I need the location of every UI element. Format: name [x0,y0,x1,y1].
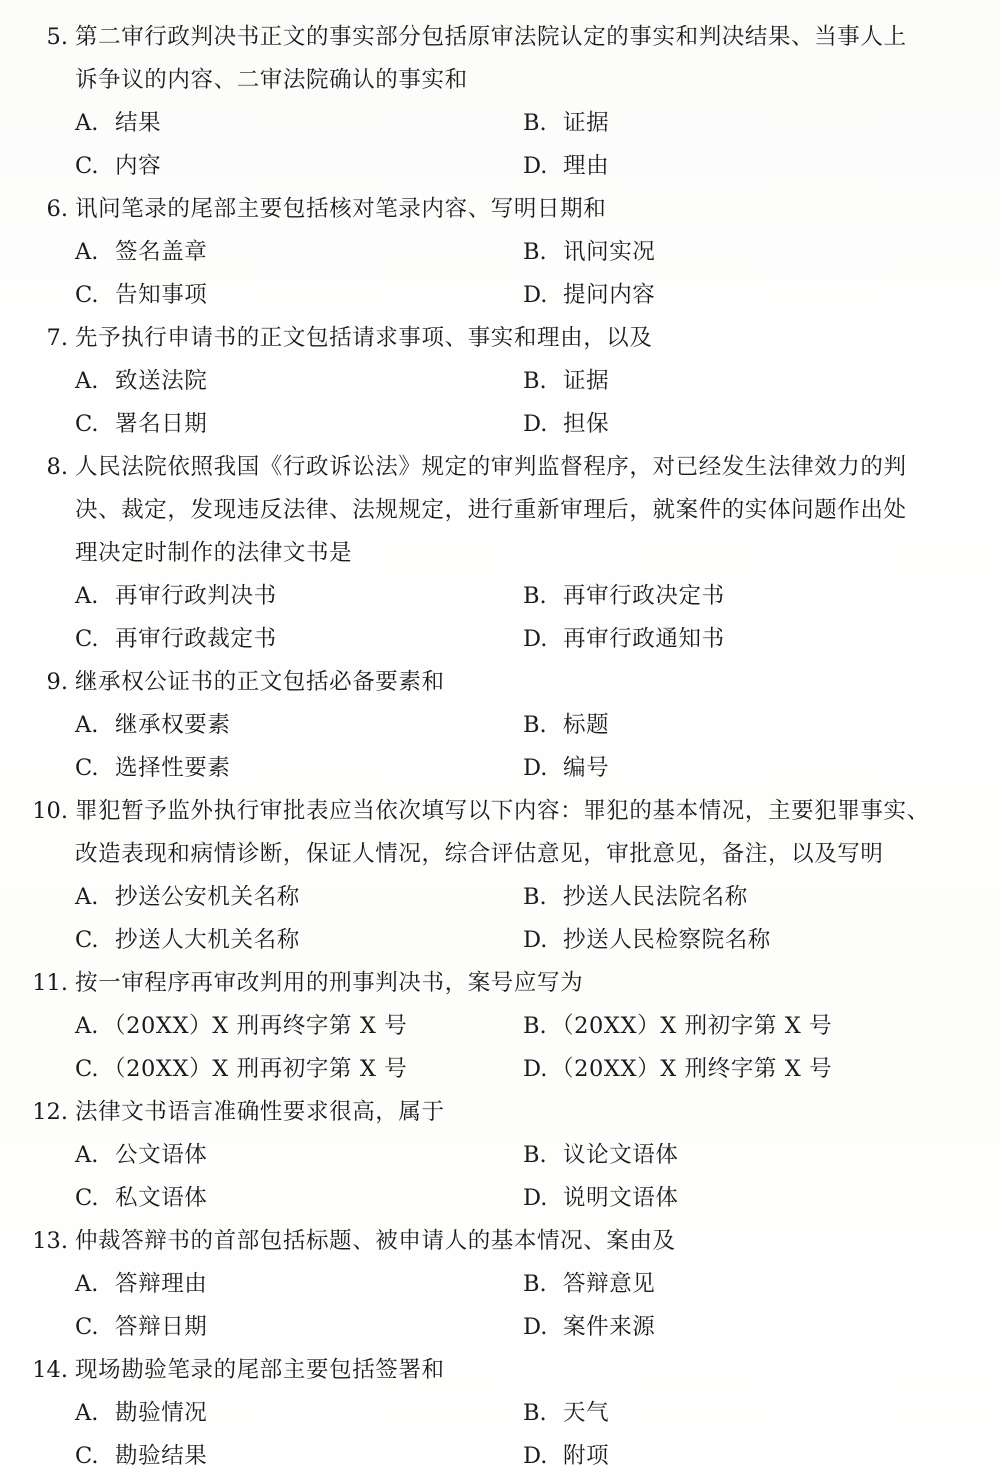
option-c: C.答辩日期 [75,1306,207,1349]
option-d: D.编号 [523,747,609,790]
option-text: 公文语体 [115,1142,207,1168]
option-text: 致送法院 [115,368,207,394]
question-item: 5.第二审行政判决书正文的事实部分包括原审法院认定的事实和判决结果、当事人上诉争… [0,16,1000,188]
option-d: D.担保 [523,403,609,446]
option-c: C.告知事项 [75,274,207,317]
question-stem-line: 5.第二审行政判决书正文的事实部分包括原审法院认定的事实和判决结果、当事人上 [0,16,1000,59]
question-item: 8.人民法院依照我国《行政诉讼法》规定的审判监督程序，对已经发生法律效力的判决、… [0,446,1000,661]
question-stem-line: 10.罪犯暂予监外执行审批表应当依次填写以下内容：罪犯的基本情况，主要犯罪事实、 [0,790,1000,833]
option-row: A.抄送公安机关名称B.抄送人民法院名称 [0,876,1000,919]
option-c: C.再审行政裁定书 [75,618,277,661]
option-text: 理由 [563,153,609,179]
option-c: C.私文语体 [75,1177,207,1220]
option-d: D.案件来源 [523,1306,655,1349]
option-row: A.继承权要素B.标题 [0,704,1000,747]
option-letter: A. [75,1005,103,1048]
question-stem-line: 7.先予执行申请书的正文包括请求事项、事实和理由，以及 [0,317,1000,360]
option-row: C.告知事项D.提问内容 [0,274,1000,317]
option-row: A.答辩理由B.答辩意见 [0,1263,1000,1306]
option-a: A.（20XX）X 刑再终字第 X 号 [75,1005,407,1048]
question-item: 12.法律文书语言准确性要求很高，属于A.公文语体B.议论文语体C.私文语体D.… [0,1091,1000,1220]
option-c: C.（20XX）X 刑再初字第 X 号 [75,1048,407,1091]
option-text: 再审行政裁定书 [115,626,277,652]
question-stem-line: 决、裁定，发现违反法律、法规规定，进行重新审理后，就案件的实体问题作出处 [0,489,1000,532]
question-number: 10. [0,790,68,833]
question-text: 继承权公证书的正文包括必备要素和 [75,661,445,704]
question-text: 理决定时制作的法律文书是 [75,532,352,575]
option-b: B.证据 [523,360,609,403]
option-letter: B. [523,575,563,618]
option-text: 担保 [563,411,609,437]
option-b: B.证据 [523,102,609,145]
question-text: 诉争议的内容、二审法院确认的事实和 [75,59,468,102]
option-letter: A. [75,1392,115,1435]
option-letter: A. [75,575,115,618]
option-d: D.抄送人民检察院名称 [523,919,771,962]
question-number: 9. [0,661,68,704]
option-text: 抄送公安机关名称 [115,884,300,910]
option-row: C.内容D.理由 [0,145,1000,188]
question-number: 14. [0,1349,68,1392]
question-text: 先予执行申请书的正文包括请求事项、事实和理由，以及 [75,317,653,360]
option-text: 选择性要素 [115,755,231,781]
option-letter: B. [523,360,563,403]
option-text: 告知事项 [115,282,207,308]
option-text: 再审行政通知书 [563,626,725,652]
question-text: 决、裁定，发现违反法律、法规规定，进行重新审理后，就案件的实体问题作出处 [75,489,907,532]
question-text: 现场勘验笔录的尾部主要包括签署和 [75,1349,445,1392]
question-stem-line: 13.仲裁答辩书的首部包括标题、被申请人的基本情况、案由及 [0,1220,1000,1263]
option-text: 附项 [563,1443,609,1469]
question-stem-line: 诉争议的内容、二审法院确认的事实和 [0,59,1000,102]
option-b: B.抄送人民法院名称 [523,876,748,919]
question-text: 法律文书语言准确性要求很高，属于 [75,1091,445,1134]
question-number: 6. [0,188,68,231]
option-a: A.答辩理由 [75,1263,207,1306]
question-text: 按一审程序再审改判用的刑事判决书，案号应写为 [75,962,583,1005]
question-number: 12. [0,1091,68,1134]
option-a: A.抄送公安机关名称 [75,876,300,919]
option-d: D.说明文语体 [523,1177,679,1220]
option-letter: B. [523,1392,563,1435]
option-letter: C. [75,274,115,317]
question-item: 14.现场勘验笔录的尾部主要包括签署和A.勘验情况B.天气C.勘验结果D.附项 [0,1349,1000,1478]
option-a: A.签名盖章 [75,231,207,274]
option-row: A.勘验情况B.天气 [0,1392,1000,1435]
option-row: C.答辩日期D.案件来源 [0,1306,1000,1349]
option-letter: A. [75,1134,115,1177]
option-text: 署名日期 [115,411,207,437]
question-stem-line: 8.人民法院依照我国《行政诉讼法》规定的审判监督程序，对已经发生法律效力的判 [0,446,1000,489]
option-d: D.（20XX）X 刑终字第 X 号 [523,1048,832,1091]
option-letter: D. [523,919,563,962]
option-letter: A. [75,231,115,274]
option-letter: C. [75,618,115,661]
option-c: C.勘验结果 [75,1435,207,1478]
option-a: A.勘验情况 [75,1392,207,1435]
question-text: 改造表现和病情诊断，保证人情况，综合评估意见，审批意见，备注，以及写明 [75,833,884,876]
option-text: 勘验结果 [115,1443,207,1469]
question-text: 仲裁答辩书的首部包括标题、被申请人的基本情况、案由及 [75,1220,676,1263]
question-stem-line: 14.现场勘验笔录的尾部主要包括签署和 [0,1349,1000,1392]
option-letter: D. [523,618,563,661]
question-number: 11. [0,962,68,1005]
question-text: 罪犯暂予监外执行审批表应当依次填写以下内容：罪犯的基本情况，主要犯罪事实、 [75,790,930,833]
option-text: 抄送人民检察院名称 [563,927,771,953]
option-text: 私文语体 [115,1185,207,1211]
option-letter: D. [523,1306,563,1349]
question-stem-line: 改造表现和病情诊断，保证人情况，综合评估意见，审批意见，备注，以及写明 [0,833,1000,876]
option-text: 答辩日期 [115,1314,207,1340]
option-letter: D. [523,1048,551,1091]
option-letter: B. [523,704,563,747]
option-text: 案件来源 [563,1314,655,1340]
option-text: 抄送人民法院名称 [563,884,748,910]
option-a: A.再审行政判决书 [75,575,277,618]
option-text: （20XX）X 刑初字第 X 号 [551,1013,832,1039]
question-item: 7.先予执行申请书的正文包括请求事项、事实和理由，以及A.致送法院B.证据C.署… [0,317,1000,446]
question-list: 5.第二审行政判决书正文的事实部分包括原审法院认定的事实和判决结果、当事人上诉争… [0,16,1000,1478]
option-text: 再审行政决定书 [563,583,725,609]
option-b: B.（20XX）X 刑初字第 X 号 [523,1005,832,1048]
option-d: D.提问内容 [523,274,655,317]
option-letter: A. [75,1263,115,1306]
option-letter: D. [523,1435,563,1478]
option-text: （20XX）X 刑再初字第 X 号 [103,1056,407,1082]
option-c: C.抄送人大机关名称 [75,919,300,962]
option-b: B.天气 [523,1392,609,1435]
option-letter: C. [75,919,115,962]
option-letter: D. [523,1177,563,1220]
option-c: C.署名日期 [75,403,207,446]
question-text: 讯问笔录的尾部主要包括核对笔录内容、写明日期和 [75,188,606,231]
question-item: 10.罪犯暂予监外执行审批表应当依次填写以下内容：罪犯的基本情况，主要犯罪事实、… [0,790,1000,962]
option-letter: D. [523,145,563,188]
option-b: B.再审行政决定书 [523,575,725,618]
option-row: C.署名日期D.担保 [0,403,1000,446]
option-text: （20XX）X 刑终字第 X 号 [551,1056,832,1082]
option-row: A.致送法院B.证据 [0,360,1000,403]
option-text: 天气 [563,1400,609,1426]
question-text: 第二审行政判决书正文的事实部分包括原审法院认定的事实和判决结果、当事人上 [75,16,907,59]
option-letter: B. [523,1263,563,1306]
option-text: 签名盖章 [115,239,207,265]
option-row: A.再审行政判决书B.再审行政决定书 [0,575,1000,618]
option-text: 抄送人大机关名称 [115,927,300,953]
option-letter: D. [523,747,563,790]
option-letter: A. [75,704,115,747]
option-text: 标题 [563,712,609,738]
option-text: 结果 [115,110,161,136]
option-letter: B. [523,1134,563,1177]
question-stem-line: 理决定时制作的法律文书是 [0,532,1000,575]
question-number: 8. [0,446,68,489]
option-letter: C. [75,1177,115,1220]
question-item: 9.继承权公证书的正文包括必备要素和A.继承权要素B.标题C.选择性要素D.编号 [0,661,1000,790]
option-a: A.致送法院 [75,360,207,403]
option-b: B.讯问实况 [523,231,655,274]
option-c: C.选择性要素 [75,747,231,790]
option-letter: A. [75,360,115,403]
option-b: B.议论文语体 [523,1134,679,1177]
option-text: 说明文语体 [563,1185,679,1211]
option-row: A.签名盖章B.讯问实况 [0,231,1000,274]
option-row: C.抄送人大机关名称D.抄送人民检察院名称 [0,919,1000,962]
option-text: 证据 [563,368,609,394]
question-stem-line: 12.法律文书语言准确性要求很高，属于 [0,1091,1000,1134]
option-text: 提问内容 [563,282,655,308]
option-row: C.私文语体D.说明文语体 [0,1177,1000,1220]
option-text: 答辩意见 [563,1271,655,1297]
option-letter: B. [523,1005,551,1048]
option-row: C.选择性要素D.编号 [0,747,1000,790]
option-d: D.理由 [523,145,609,188]
option-text: 议论文语体 [563,1142,679,1168]
option-d: D.附项 [523,1435,609,1478]
question-text: 人民法院依照我国《行政诉讼法》规定的审判监督程序，对已经发生法律效力的判 [75,446,907,489]
question-number: 5. [0,16,68,59]
option-row: A.（20XX）X 刑再终字第 X 号B.（20XX）X 刑初字第 X 号 [0,1005,1000,1048]
question-stem-line: 6.讯问笔录的尾部主要包括核对笔录内容、写明日期和 [0,188,1000,231]
option-letter: B. [523,231,563,274]
option-letter: C. [75,747,115,790]
option-text: 答辩理由 [115,1271,207,1297]
option-letter: C. [75,1435,115,1478]
option-row: A.公文语体B.议论文语体 [0,1134,1000,1177]
option-text: 证据 [563,110,609,136]
option-letter: C. [75,1048,103,1091]
option-letter: D. [523,403,563,446]
option-text: 继承权要素 [115,712,231,738]
option-letter: C. [75,1306,115,1349]
option-letter: B. [523,876,563,919]
option-letter: A. [75,102,115,145]
option-text: 勘验情况 [115,1400,207,1426]
option-a: A.公文语体 [75,1134,207,1177]
option-letter: C. [75,403,115,446]
option-text: 再审行政判决书 [115,583,277,609]
option-text: 内容 [115,153,161,179]
option-a: A.继承权要素 [75,704,231,747]
option-letter: C. [75,145,115,188]
question-item: 11.按一审程序再审改判用的刑事判决书，案号应写为A.（20XX）X 刑再终字第… [0,962,1000,1091]
question-item: 13.仲裁答辩书的首部包括标题、被申请人的基本情况、案由及A.答辩理由B.答辩意… [0,1220,1000,1349]
option-row: C.（20XX）X 刑再初字第 X 号D.（20XX）X 刑终字第 X 号 [0,1048,1000,1091]
question-stem-line: 9.继承权公证书的正文包括必备要素和 [0,661,1000,704]
option-letter: A. [75,876,115,919]
option-row: A.结果B.证据 [0,102,1000,145]
option-a: A.结果 [75,102,161,145]
option-row: C.再审行政裁定书D.再审行政通知书 [0,618,1000,661]
option-b: B.答辩意见 [523,1263,655,1306]
option-c: C.内容 [75,145,161,188]
option-text: （20XX）X 刑再终字第 X 号 [103,1013,407,1039]
option-row: C.勘验结果D.附项 [0,1435,1000,1478]
question-item: 6.讯问笔录的尾部主要包括核对笔录内容、写明日期和A.签名盖章B.讯问实况C.告… [0,188,1000,317]
question-number: 7. [0,317,68,360]
question-stem-line: 11.按一审程序再审改判用的刑事判决书，案号应写为 [0,962,1000,1005]
option-b: B.标题 [523,704,609,747]
option-letter: B. [523,102,563,145]
question-number: 13. [0,1220,68,1263]
option-text: 讯问实况 [563,239,655,265]
option-d: D.再审行政通知书 [523,618,725,661]
option-text: 编号 [563,755,609,781]
exam-page: 5.第二审行政判决书正文的事实部分包括原审法院认定的事实和判决结果、当事人上诉争… [0,0,1000,1479]
option-letter: D. [523,274,563,317]
